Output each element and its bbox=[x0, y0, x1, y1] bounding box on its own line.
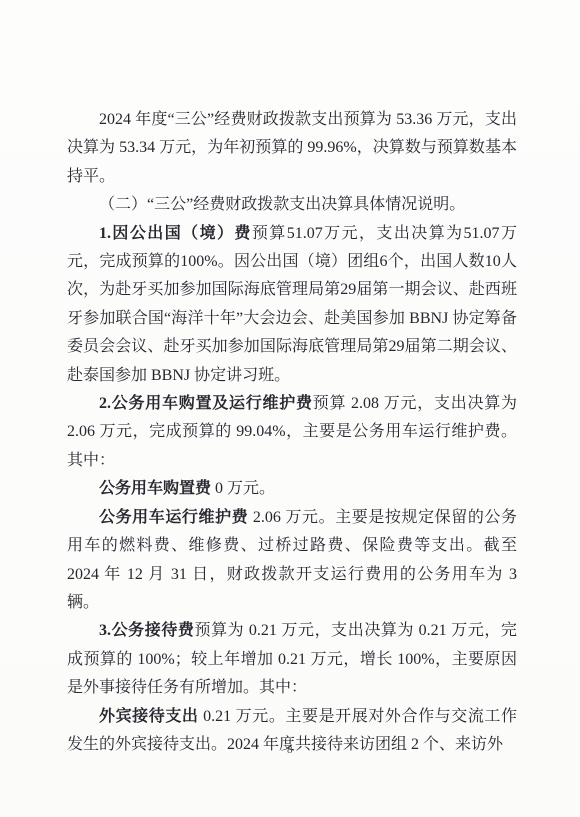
para-foreign-guest-lead: 外宾接待支出 bbox=[99, 708, 199, 725]
para-item1-overseas-travel: 1.因公出国（境）费预算51.07万元，支出决算为51.07万元，完成预算的10… bbox=[67, 220, 517, 390]
heading-section-2-text: （二）“三公”经费财政拨款支出决算具体情况说明。 bbox=[99, 196, 465, 213]
document-text-block: 2024 年度“三公”经费财政拨款支出预算为 53.36 万元，支出决算为 53… bbox=[67, 106, 517, 759]
para-item2-vehicle: 2.公务用车购置及运行维护费预算 2.08 万元，支出决算为 2.06 万元，完… bbox=[67, 390, 517, 475]
para-item3-lead: 3.公务接待费 bbox=[99, 622, 195, 639]
para-vehicle-operation: 公务用车运行维护费 2.06 万元。主要是按规定保留的公务用车的燃料费、维修费、… bbox=[67, 504, 517, 618]
document-page: 2024 年度“三公”经费财政拨款支出预算为 53.36 万元，支出决算为 53… bbox=[0, 0, 580, 817]
para-vehicle-operation-lead: 公务用车运行维护费 bbox=[99, 509, 248, 526]
para-vehicle-purchase-text: 0 万元。 bbox=[211, 480, 275, 497]
para-item2-lead: 2.公务用车购置及运行维护费 bbox=[99, 395, 313, 412]
heading-section-2: （二）“三公”经费财政拨款支出决算具体情况说明。 bbox=[67, 191, 517, 219]
para-item3-reception: 3.公务接待费预算为 0.21 万元，支出决算为 0.21 万元，完成预算的 1… bbox=[67, 617, 517, 702]
para-item1-text: 预算51.07万元，支出决算为51.07万元，完成预算的100%。因公出国（境）… bbox=[67, 225, 517, 384]
para-vehicle-purchase: 公务用车购置费 0 万元。 bbox=[67, 475, 517, 503]
page-number: 8 bbox=[0, 744, 580, 756]
para-budget-overview: 2024 年度“三公”经费财政拨款支出预算为 53.36 万元，支出决算为 53… bbox=[67, 106, 517, 191]
para-item1-lead: 1.因公出国（境）费 bbox=[99, 225, 252, 242]
para-vehicle-purchase-lead: 公务用车购置费 bbox=[99, 480, 211, 497]
para-budget-overview-text: 2024 年度“三公”经费财政拨款支出预算为 53.36 万元，支出决算为 53… bbox=[67, 111, 517, 185]
